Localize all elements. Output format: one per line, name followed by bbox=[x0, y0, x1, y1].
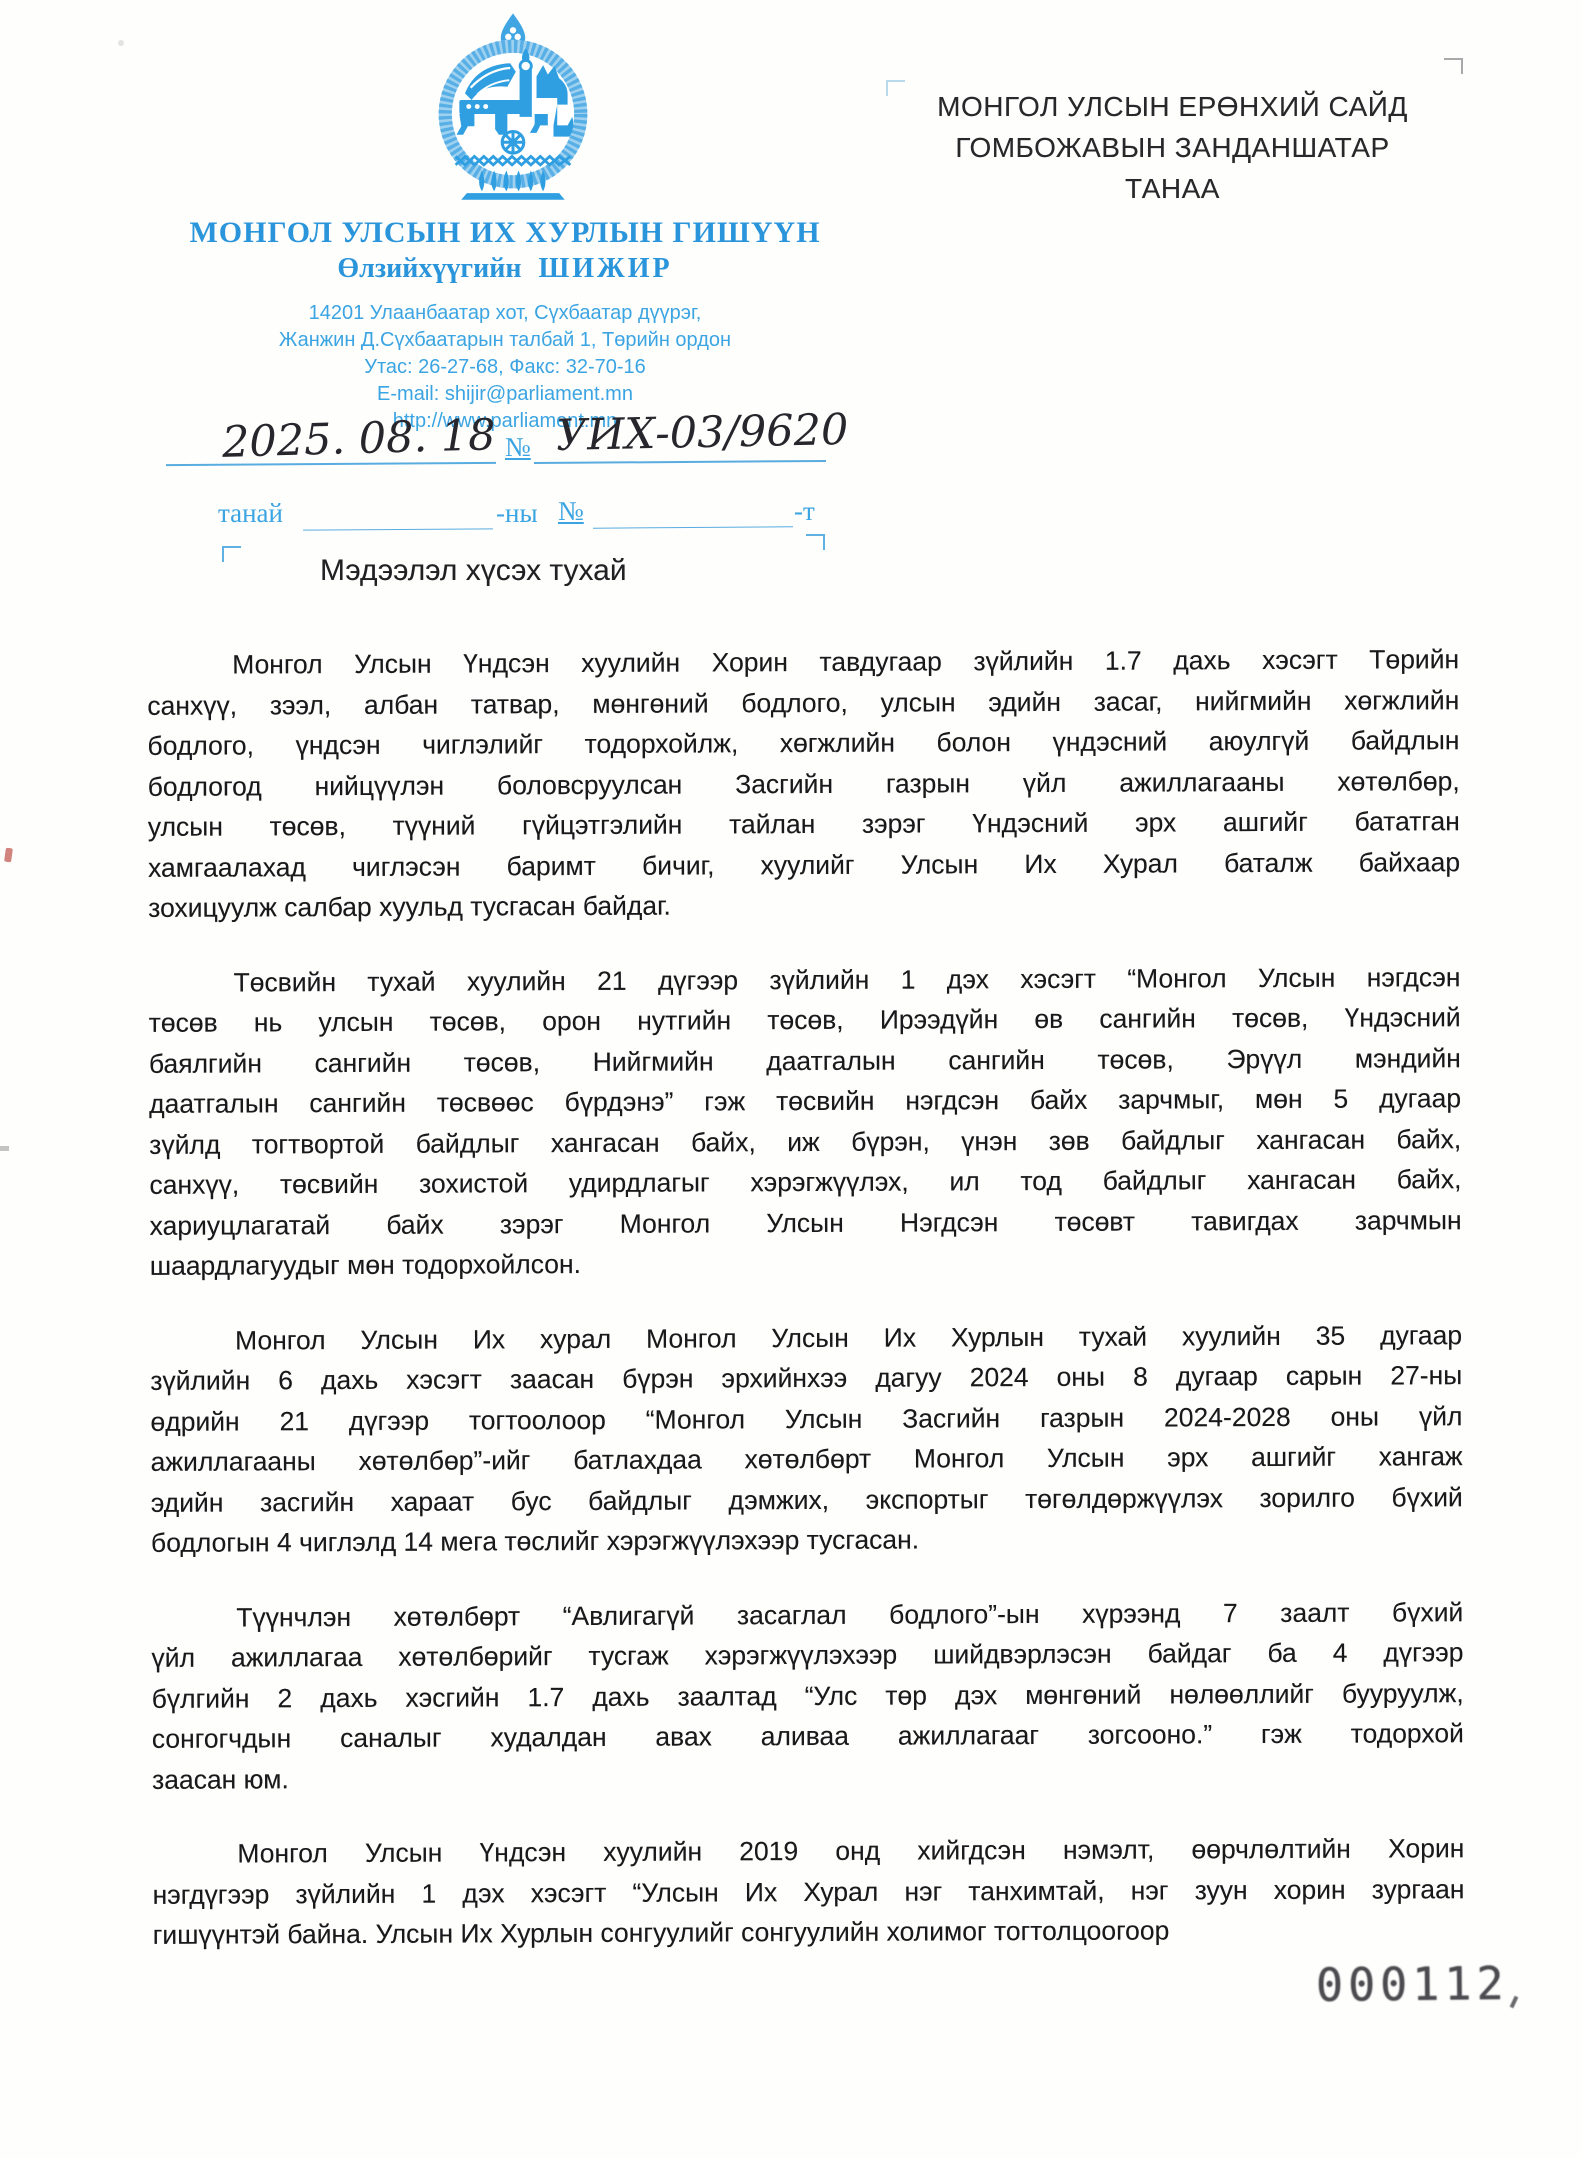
member-surname: ШИЖИР bbox=[529, 253, 673, 284]
body-line: үйл ажиллагаа хөтөлбөрийг тусгаж хэрэгжү… bbox=[151, 1632, 1463, 1678]
page-number-stamp: 000112 bbox=[1316, 1957, 1509, 2012]
ny-suffix: -ны bbox=[496, 498, 538, 529]
body-line: нэгдүгээр зүйлийн 1 дэх хэсэгт “Улсын Их… bbox=[152, 1869, 1464, 1915]
body-line: бодлогод нийцүүлэн боловсруулсан Засгийн… bbox=[148, 761, 1460, 807]
handwritten-date: 2025. 08. 18 bbox=[221, 410, 496, 468]
your-ref-blank-line bbox=[303, 528, 493, 530]
recipient-block: МОНГОЛ УЛСЫН ЕРӨНХИЙ САЙД ГОМБОЖАВЫН ЗАН… bbox=[890, 86, 1455, 209]
body-line: заасан юм. bbox=[152, 1754, 1464, 1800]
recipient-corner-mark-right bbox=[1444, 58, 1463, 74]
body-line: санхүү, зээл, албан татвар, мөнгөний бод… bbox=[147, 680, 1459, 726]
phone-fax-line: Утас: 26-27-68, Факс: 32-70-16 bbox=[130, 354, 880, 381]
body-line: сонгогчдын саналыг худалдан авах аливаа … bbox=[152, 1713, 1464, 1759]
body-line: баялгийн сангийн төсөв, Нийгмийн даатгал… bbox=[149, 1038, 1461, 1084]
address-line-2: Жанжин Д.Сүхбаатарын талбай 1, Төрийн ор… bbox=[130, 327, 880, 354]
body-paragraph: Монгол Улсын Үндсэн хуулийн Хорин тавдуг… bbox=[147, 639, 1460, 928]
stamp-ink-artifact bbox=[1510, 1996, 1519, 2009]
body-line: өдрийн 21 дүгээр тогтоолоор “Монгол Улсы… bbox=[150, 1396, 1462, 1442]
scan-artifact-red bbox=[4, 848, 13, 863]
body-paragraph: Монгол Улсын Их хурал Монгол Улсын Их Ху… bbox=[150, 1315, 1463, 1564]
date-underline bbox=[166, 462, 496, 466]
body-line: Монгол Улсын Үндсэн хуулийн 2019 онд хий… bbox=[152, 1828, 1464, 1874]
address-window-corner-mark-left bbox=[222, 546, 241, 562]
body-line: Төсвийн тухай хуулийн 21 дүгээр зүйлийн … bbox=[148, 957, 1460, 1003]
member-given-name: Өлзийхүүгийн bbox=[337, 253, 521, 284]
body-paragraph: Түүнчлэн хөтөлбөрт “Авлигагүй засаглал б… bbox=[151, 1592, 1464, 1800]
address-window-corner-mark-right bbox=[806, 534, 825, 550]
body-line: хамгаалахад чиглэсэн баримт бичиг, хуули… bbox=[148, 842, 1460, 888]
body-paragraph: Монгол Улсын Үндсэн хуулийн 2019 онд хий… bbox=[152, 1828, 1465, 1955]
body-line: Монгол Улсын Их хурал Монгол Улсын Их Ху… bbox=[150, 1315, 1462, 1361]
body-line: Монгол Улсын Үндсэн хуулийн Хорин тавдуг… bbox=[147, 639, 1459, 685]
number-sign: № bbox=[505, 432, 531, 463]
letterhead-member-name: Өлзийхүүгийн ШИЖИР bbox=[130, 253, 880, 285]
body-line: хариуцлагатай байх зэрэг Монгол Улсын Нэ… bbox=[150, 1200, 1462, 1246]
body-line: ажиллагааны хөтөлбөр”-ийг батлахдаа хөтө… bbox=[151, 1436, 1463, 1482]
body-line: эдийн засгийн хараат бус байдлыг дэмжих,… bbox=[151, 1477, 1463, 1523]
scan-artifact-dot bbox=[118, 40, 124, 46]
body-line: бүлгийн 2 дахь хэсгийн 1.7 дахь заалтад … bbox=[152, 1673, 1464, 1719]
your-number-blank-line bbox=[593, 526, 793, 528]
recipient-line-2: ГОМБОЖАВЫН ЗАНДАНШАТАР bbox=[890, 127, 1455, 168]
email-line: E-mail: shijir@parliament.mn bbox=[130, 381, 880, 408]
body-line: зүйлд тогтвортой байдлыг хангасан байх, … bbox=[149, 1119, 1461, 1165]
your-label: танай bbox=[218, 498, 283, 529]
scanned-letter-page: МОНГОЛ УЛСЫН ИХ ХУРЛЫН ГИШҮҮН Өлзийхүүги… bbox=[0, 0, 1582, 2158]
body-line: даатгалын сангийн төсвөөс бүрдэнэ” гэж т… bbox=[149, 1078, 1461, 1124]
body-line: бодлогын 4 чиглэлд 14 мега төслийг хэрэг… bbox=[151, 1517, 1463, 1563]
letterhead-organization: МОНГОЛ УЛСЫН ИХ ХУРЛЫН ГИШҮҮН bbox=[130, 216, 880, 250]
handwritten-reference-number: УИХ-03/9620 bbox=[556, 405, 849, 461]
body-line: улсын төсөв, түүний гүйцэтгэлийн тайлан … bbox=[148, 801, 1460, 847]
body-line: зүйлийн 6 дахь хэсэгт заасан бүрэн эрхий… bbox=[150, 1355, 1462, 1401]
scan-artifact-gray bbox=[0, 1146, 9, 1151]
body-line: зохицуулж салбар хуульд тусгасан байдаг. bbox=[148, 882, 1460, 928]
body-paragraph: Төсвийн тухай хуулийн 21 дүгээр зүйлийн … bbox=[148, 957, 1461, 1287]
mongolia-state-emblem-icon bbox=[433, 8, 593, 206]
t-suffix: -т bbox=[794, 496, 815, 527]
recipient-line-1: МОНГОЛ УЛСЫН ЕРӨНХИЙ САЙД bbox=[890, 86, 1455, 127]
recipient-line-3: ТАНАА bbox=[890, 168, 1455, 209]
number-sign-2: № bbox=[558, 496, 584, 527]
body-line: санхүү, төсвийн зохистой удирдлагыг хэрэ… bbox=[149, 1159, 1461, 1205]
body-line: гишүүнтэй байна. Улсын Их Хурлын сонгуул… bbox=[153, 1909, 1465, 1955]
body-text: Монгол Улсын Үндсэн хуулийн Хорин тавдуг… bbox=[147, 639, 1465, 1989]
body-line: Түүнчлэн хөтөлбөрт “Авлигагүй засаглал б… bbox=[151, 1592, 1463, 1638]
subject-line: Мэдээлэл хүсэх тухай bbox=[320, 554, 627, 588]
body-line: шаардлагуудыг мөн тодорхойлсон. bbox=[150, 1240, 1462, 1286]
address-line-1: 14201 Улаанбаатар хот, Сүхбаатар дүүрэг, bbox=[130, 300, 880, 327]
body-line: төсөв нь улсын төсөв, орон нутгийн төсөв… bbox=[149, 997, 1461, 1043]
body-line: бодлого, үндсэн чиглэлийг тодорхойлж, хө… bbox=[147, 720, 1459, 766]
